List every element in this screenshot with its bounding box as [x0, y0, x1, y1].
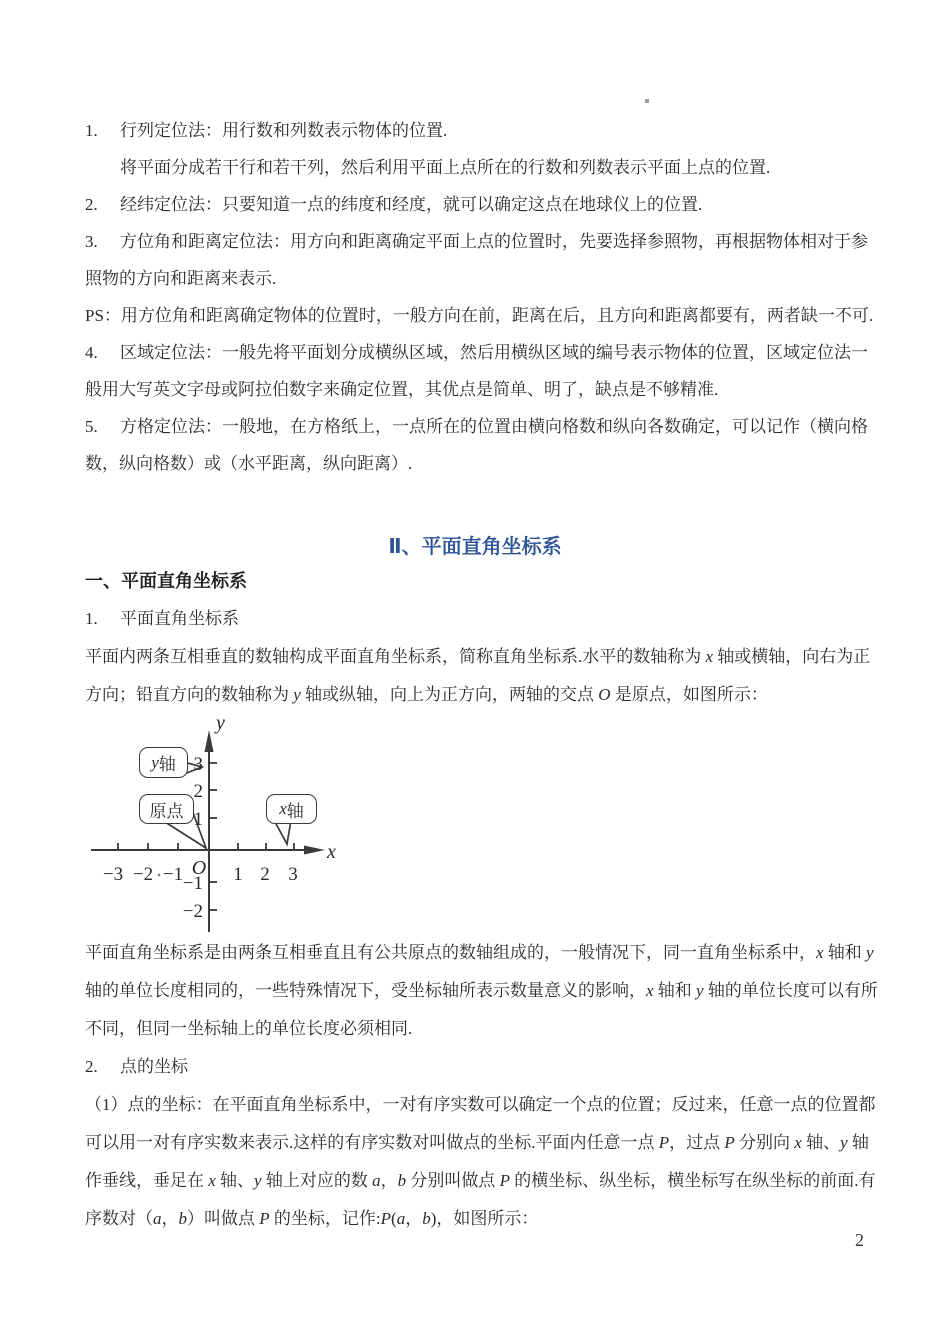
scan-artifact-dot: [158, 874, 161, 877]
y-tick-label: 1: [194, 809, 204, 830]
list-marker: 2.: [85, 186, 120, 223]
list-marker: 4.: [85, 334, 120, 371]
text-line: 可以用一对有序实数来表示.这样的有序实数对叫做点的坐标.平面内任意一点 P，过点…: [85, 1124, 880, 1162]
text-line: 平面内两条互相垂直的数轴构成平面直角坐标系，简称直角坐标系.水平的数轴称为 x …: [85, 638, 880, 676]
document-page: 1.行列定位法：用行数和列数表示物体的位置. 将平面分成若干行和若干列，然后利用…: [0, 0, 950, 1344]
origin-label: O: [192, 857, 206, 879]
text-line: 作垂线，垂足在 x 轴、y 轴上对应的数 a，b 分别叫做点 P 的横坐标、纵坐…: [85, 1162, 880, 1200]
text-line: 点的坐标: [120, 1057, 188, 1076]
text-line: 行列定位法：用行数和列数表示物体的位置.: [120, 121, 447, 140]
text-line: 平面直角坐标系: [120, 609, 239, 628]
y-axis-ticks: [209, 763, 217, 910]
text-line: 平面直角坐标系是由两条互相垂直且有公共原点的数轴组成的，一般情况下，同一直角坐标…: [85, 934, 880, 972]
text-line: 照物的方向和距离来表示.: [85, 260, 880, 297]
text-line: 方位角和距离定位法：用方向和距离确定平面上点的位置时，先要选择参照物，再根据物体…: [120, 232, 868, 251]
x-tick-label: −3: [103, 864, 123, 885]
sub-heading: 一、平面直角坐标系: [85, 567, 247, 593]
list-item: 4.区域定位法：一般先将平面划分成横纵区域，然后用横纵区域的编号表示物体的位置，…: [85, 334, 880, 371]
y-tick-label: 3: [194, 754, 204, 775]
list-marker: 1.: [85, 112, 120, 149]
text-line: 轴的单位长度相同的，一些特殊情况下，受坐标轴所表示数量意义的影响，x 轴和 y …: [85, 972, 880, 1010]
text-line: 不同，但同一坐标轴上的单位长度必须相同.: [85, 1010, 880, 1048]
text-line: 方向；铅直方向的数轴称为 y 轴或纵轴，向上为正方向，两轴的交点 O 是原点，如…: [85, 676, 880, 714]
location-methods-list: 1.行列定位法：用行数和列数表示物体的位置. 将平面分成若干行和若干列，然后利用…: [85, 112, 880, 482]
y-tick-label: −2: [183, 901, 203, 922]
text-line: PS：用方位角和距离确定物体的位置时，一般方向在前，距离在后，且方向和距离都要有…: [85, 297, 880, 334]
text-line: 数，纵向格数）或（水平距离，纵向距离）.: [85, 445, 880, 482]
y-axis-arrowhead: [205, 730, 214, 752]
y-tick-label: 2: [194, 781, 204, 802]
section-heading: Ⅱ、平面直角坐标系: [0, 530, 950, 559]
x-axis-arrowhead: [304, 846, 325, 855]
list-marker: 5.: [85, 408, 120, 445]
text-line: 般用大写英文字母或阿拉伯数字来确定位置，其优点是简单、明了，缺点是不够精准.: [85, 371, 880, 408]
x-tick-label: −1: [163, 864, 183, 885]
list-item: 2.点的坐标: [85, 1048, 880, 1086]
list-marker: 1.: [85, 600, 120, 638]
x-axis-label: x: [326, 841, 336, 863]
page-number: 2: [855, 1230, 864, 1251]
list-marker: 3.: [85, 223, 120, 260]
topic2-paragraph: 平面直角坐标系是由两条互相垂直且有公共原点的数轴组成的，一般情况下，同一直角坐标…: [85, 934, 880, 1238]
text-line: 序数对（a，b）叫做点 P 的坐标，记作:P(a，b)，如图所示：: [85, 1200, 880, 1238]
x-tick-label: 3: [288, 864, 298, 885]
x-tick-label: 2: [260, 864, 270, 885]
list-item: 1.行列定位法：用行数和列数表示物体的位置.: [85, 112, 880, 149]
text-line: （1）点的坐标：在平面直角坐标系中，一对有序实数可以确定一个点的位置；反过来，任…: [85, 1086, 880, 1124]
list-item: 5.方格定位法：一般地，在方格纸上，一点所在的位置由横向格数和纵向各数确定，可以…: [85, 408, 880, 445]
list-item: 2.经纬定位法：只要知道一点的纬度和经度，就可以确定这点在地球仪上的位置.: [85, 186, 880, 223]
x-tick-label: 1: [233, 864, 243, 885]
list-marker: 2.: [85, 1048, 120, 1086]
topic1-paragraph: 1.平面直角坐标系 平面内两条互相垂直的数轴构成平面直角坐标系，简称直角坐标系.…: [85, 600, 880, 714]
origin-callout: 原点: [139, 794, 194, 824]
text-line: 区域定位法：一般先将平面划分成横纵区域，然后用横纵区域的编号表示物体的位置，区域…: [120, 343, 868, 362]
y-axis-label: y: [214, 712, 225, 734]
coordinate-plane-svg: −3 −2 −1 1 2 3 3 2 1 −1 −2 x y O: [75, 710, 365, 942]
scan-artifact-dot: [645, 99, 649, 103]
list-item: 1.平面直角坐标系: [85, 600, 880, 638]
text-line: 方格定位法：一般地，在方格纸上，一点所在的位置由横向格数和纵向各数确定，可以记作…: [120, 417, 868, 436]
x-axis-callout: x 轴: [266, 794, 317, 824]
text-line: 将平面分成若干行和若干列，然后利用平面上点所在的行数和列数表示平面上点的位置.: [85, 149, 880, 186]
list-item: 3.方位角和距离定位法：用方向和距离确定平面上点的位置时，先要选择参照物，再根据…: [85, 223, 880, 260]
y-axis-callout: y 轴: [139, 747, 188, 778]
x-tick-label: −2: [133, 864, 153, 885]
coordinate-plane-figure: −3 −2 −1 1 2 3 3 2 1 −1 −2 x y O y 轴 原点 …: [75, 710, 365, 942]
text-line: 经纬定位法：只要知道一点的纬度和经度，就可以确定这点在地球仪上的位置.: [120, 195, 702, 214]
